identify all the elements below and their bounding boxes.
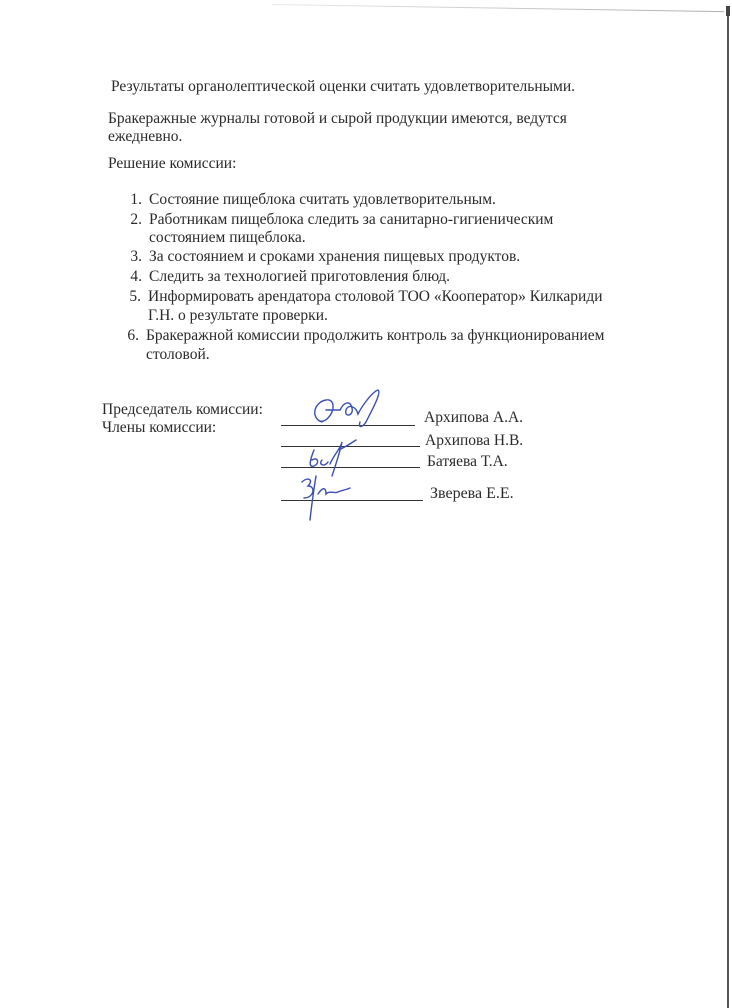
signer-name-4: Зверева Е.Е. — [430, 485, 514, 503]
list-text: За состоянием и сроками хранения пищевых… — [149, 248, 520, 265]
handwritten-signature-3 — [292, 470, 352, 522]
signer-name-2: Архипова Н.В. — [425, 432, 523, 450]
list-number: 4. — [118, 268, 142, 285]
list-text: Бракеражной комиссии продолжить контроль… — [146, 327, 604, 344]
list-number: 1. — [118, 191, 142, 208]
list-number: 6. — [115, 327, 139, 344]
list-text: столовой. — [146, 346, 210, 363]
decision-title: Решение комиссии: — [108, 155, 236, 173]
list-number: 3. — [118, 248, 142, 265]
members-label: Члены комиссии: — [102, 419, 216, 437]
list-number: 2. — [118, 211, 142, 228]
list-text: Состояние пищеблока считать удовлетворит… — [149, 191, 496, 208]
signer-name-3: Батяева Т.А. — [427, 453, 508, 471]
journals-paragraph-line1: Бракеражные журналы готовой и сырой прод… — [108, 110, 567, 128]
list-text: Работникам пищеблока следить за санитарн… — [149, 211, 553, 228]
handwritten-signature-1 — [300, 388, 390, 433]
journals-paragraph-line2: ежедневно. — [108, 128, 182, 146]
list-text: Г.Н. о результате проверки. — [148, 307, 328, 324]
list-text: Информировать арендатора столовой ТОО «К… — [148, 288, 603, 305]
scan-right-edge — [727, 6, 729, 1008]
list-text: состоянием пищеблока. — [149, 229, 306, 246]
organoleptic-result-paragraph: Результаты органолептической оценки счит… — [111, 78, 575, 96]
scan-right-cap — [726, 6, 730, 16]
signer-name-1: Архипова А.А. — [424, 409, 523, 427]
list-number: 5. — [117, 288, 141, 305]
scan-top-edge — [272, 4, 724, 12]
chairman-label: Председатель комиссии: — [102, 401, 263, 419]
list-text: Следить за технологией приготовления блю… — [149, 268, 450, 285]
